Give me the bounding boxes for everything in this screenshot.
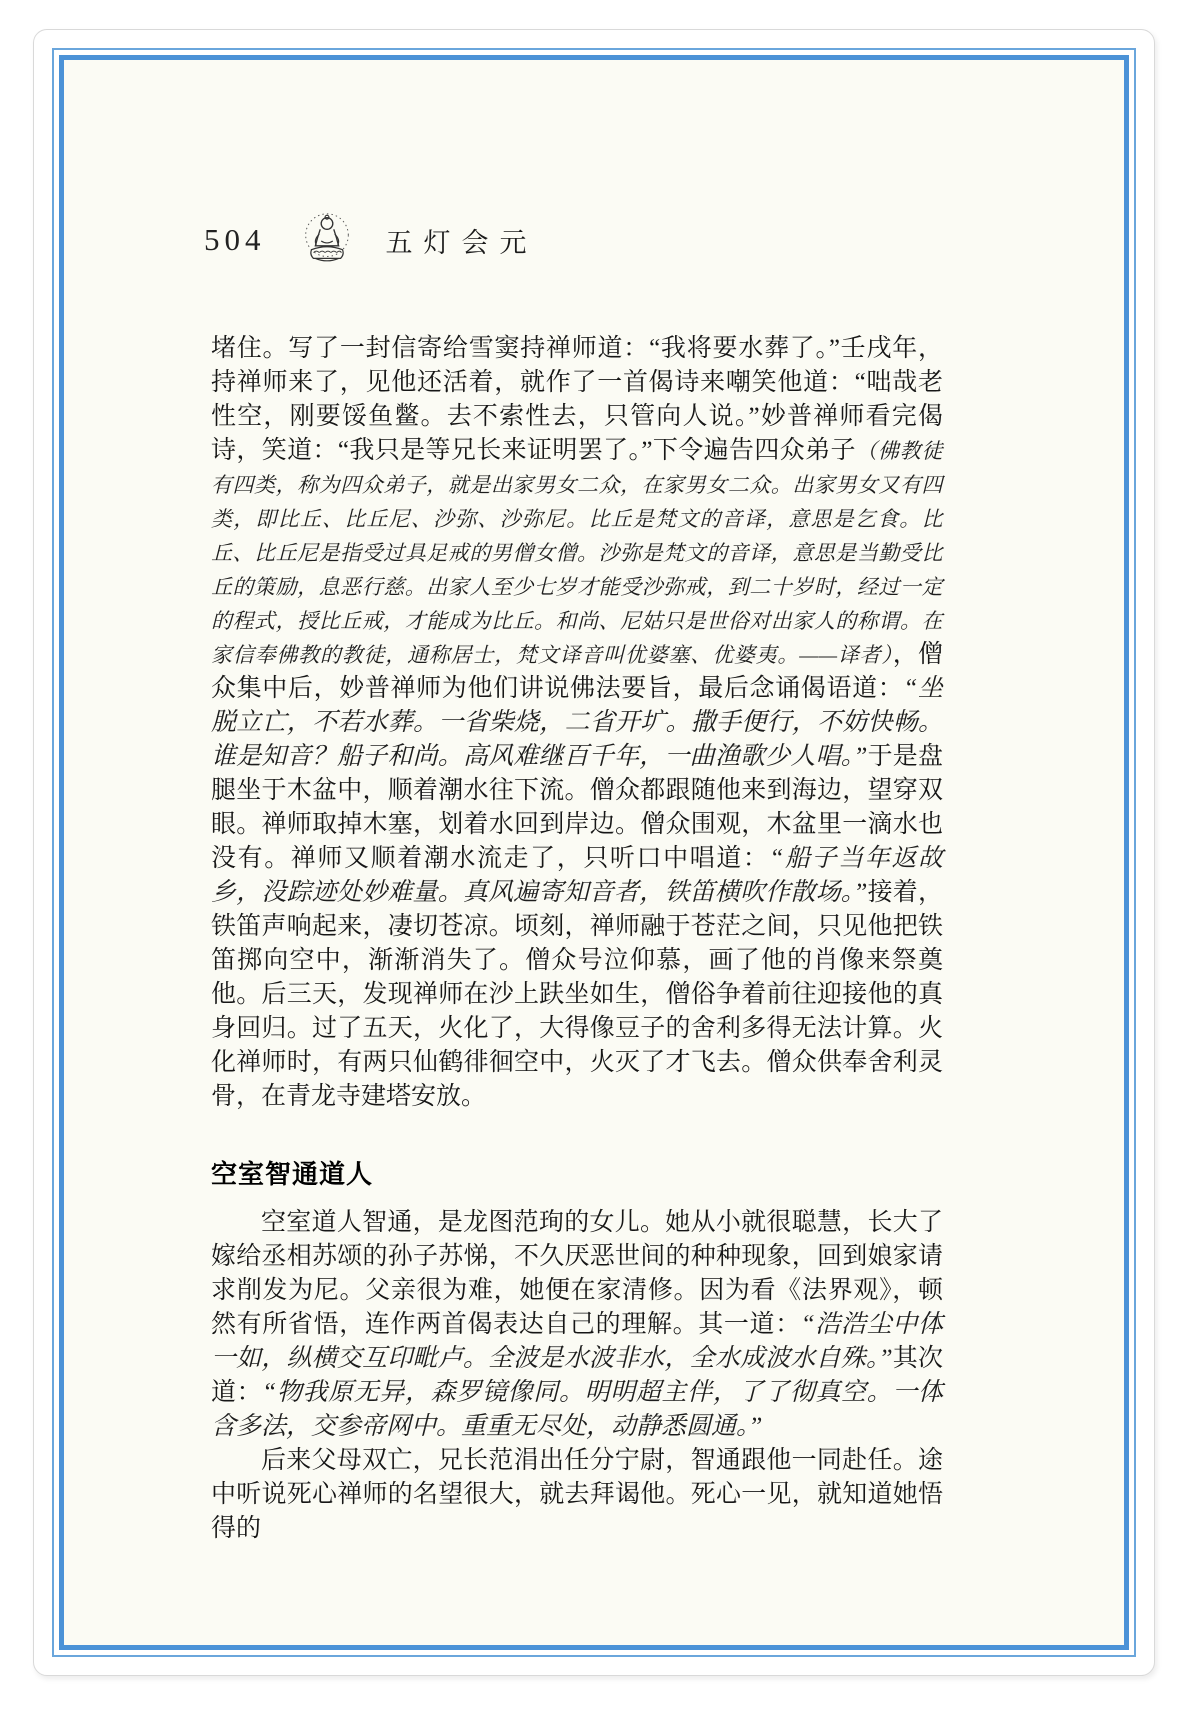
- body-text: 堵住。写了一封信寄给雪窦持禅师道：“我将要水葬了。”壬戌年，持禅师来了，见他还活…: [211, 332, 943, 1546]
- text-segment-normal: 接着，铁笛声响起来，凄切苍凉。顷刻，禅师融于苍茫之间，只见他把铁笛掷向空中，渐渐…: [211, 879, 943, 1110]
- page-header: 504: [204, 208, 538, 272]
- buddha-icon: [296, 208, 358, 272]
- book-page: 504: [33, 29, 1155, 1676]
- section-heading: 空室智通道人: [211, 1158, 943, 1192]
- page-frame-inner-line: 504: [59, 55, 1129, 1650]
- text-segment-normal: 后来父母双亡，兄长范涓出任分宁尉，智通跟他一同赴任。途中听说死心禅师的名望很大，…: [211, 1447, 943, 1542]
- text-segment-small: （佛教徒有四类，称为四众弟子，就是出家男女二众，在家男女二众。出家男女又有四类，…: [211, 439, 943, 667]
- paragraph-zhitong-travel: 后来父母双亡，兄长范涓出任分宁尉，智通跟他一同赴任。途中听说死心禅师的名望很大，…: [211, 1444, 943, 1546]
- paragraph-continuation: 堵住。写了一封信寄给雪窦持禅师道：“我将要水葬了。”壬戌年，持禅师来了，见他还活…: [211, 332, 943, 1114]
- page-number: 504: [204, 222, 266, 258]
- book-title: 五灯会元: [386, 221, 538, 260]
- paragraph-zhitong-intro: 空室道人智通，是龙图范珣的女儿。她从小就很聪慧，长大了嫁给丞相苏颂的孙子苏悌，不…: [211, 1206, 943, 1444]
- text-segment-verse: “物我原无异，森罗镜像同。明明超主伴，了了彻真空。一体含多法，交参帝网中。重重无…: [211, 1379, 943, 1440]
- page-content: 504: [94, 90, 1094, 1615]
- text-segment-normal: 堵住。写了一封信寄给雪窦持禅师道：“我将要水葬了。”壬戌年，持禅师来了，见他还活…: [211, 335, 943, 464]
